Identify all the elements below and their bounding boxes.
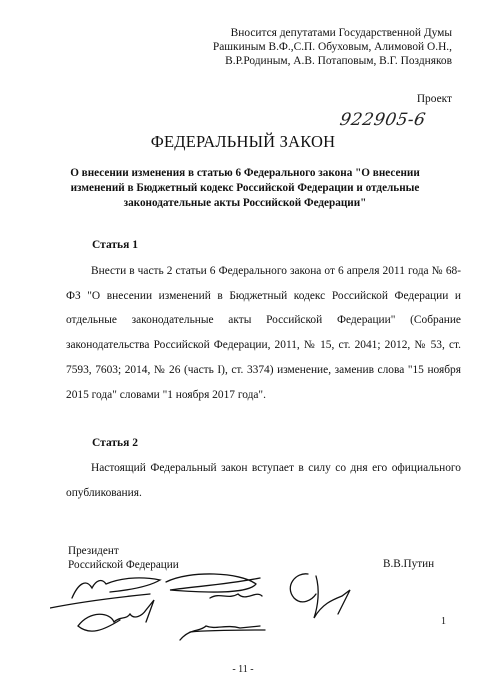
article-1-body: Внести в часть 2 статьи 6 Федерального з…	[66, 259, 461, 407]
handwritten-signatures-icon	[50, 570, 370, 645]
footnote-marker: 1	[441, 616, 446, 627]
article-1-text: Внести в часть 2 статьи 6 Федерального з…	[66, 265, 461, 401]
page-number: - 11 -	[0, 664, 486, 675]
article-2-text: Настоящий Федеральный закон вступает в с…	[66, 462, 461, 499]
article-2-heading: Статья 2	[92, 437, 138, 449]
signatory-position: Президент Российской Федерации	[68, 544, 179, 572]
article-2-body: Настоящий Федеральный закон вступает в с…	[66, 456, 461, 505]
submitters-line-3: В.Р.Родиным, А.В. Потаповым, В.Г. Поздня…	[190, 54, 452, 68]
submitters-line-1: Вносится депутатами Государственной Думы	[190, 26, 452, 40]
signatory-position-line-1: Президент	[68, 544, 179, 558]
submitters-line-2: Рашкиным В.Ф.,С.П. Обуховым, Алимовой О.…	[190, 40, 452, 54]
registration-number: 922905-6	[338, 110, 427, 130]
project-label: Проект	[417, 93, 452, 105]
document-subject: О внесении изменения в статью 6 Федераль…	[50, 166, 440, 211]
article-1-heading: Статья 1	[92, 239, 138, 251]
submitters-block: Вносится депутатами Государственной Думы…	[190, 26, 452, 68]
signatory-name: В.В.Путин	[383, 558, 434, 570]
document-title: ФЕДЕРАЛЬНЫЙ ЗАКОН	[0, 132, 486, 152]
